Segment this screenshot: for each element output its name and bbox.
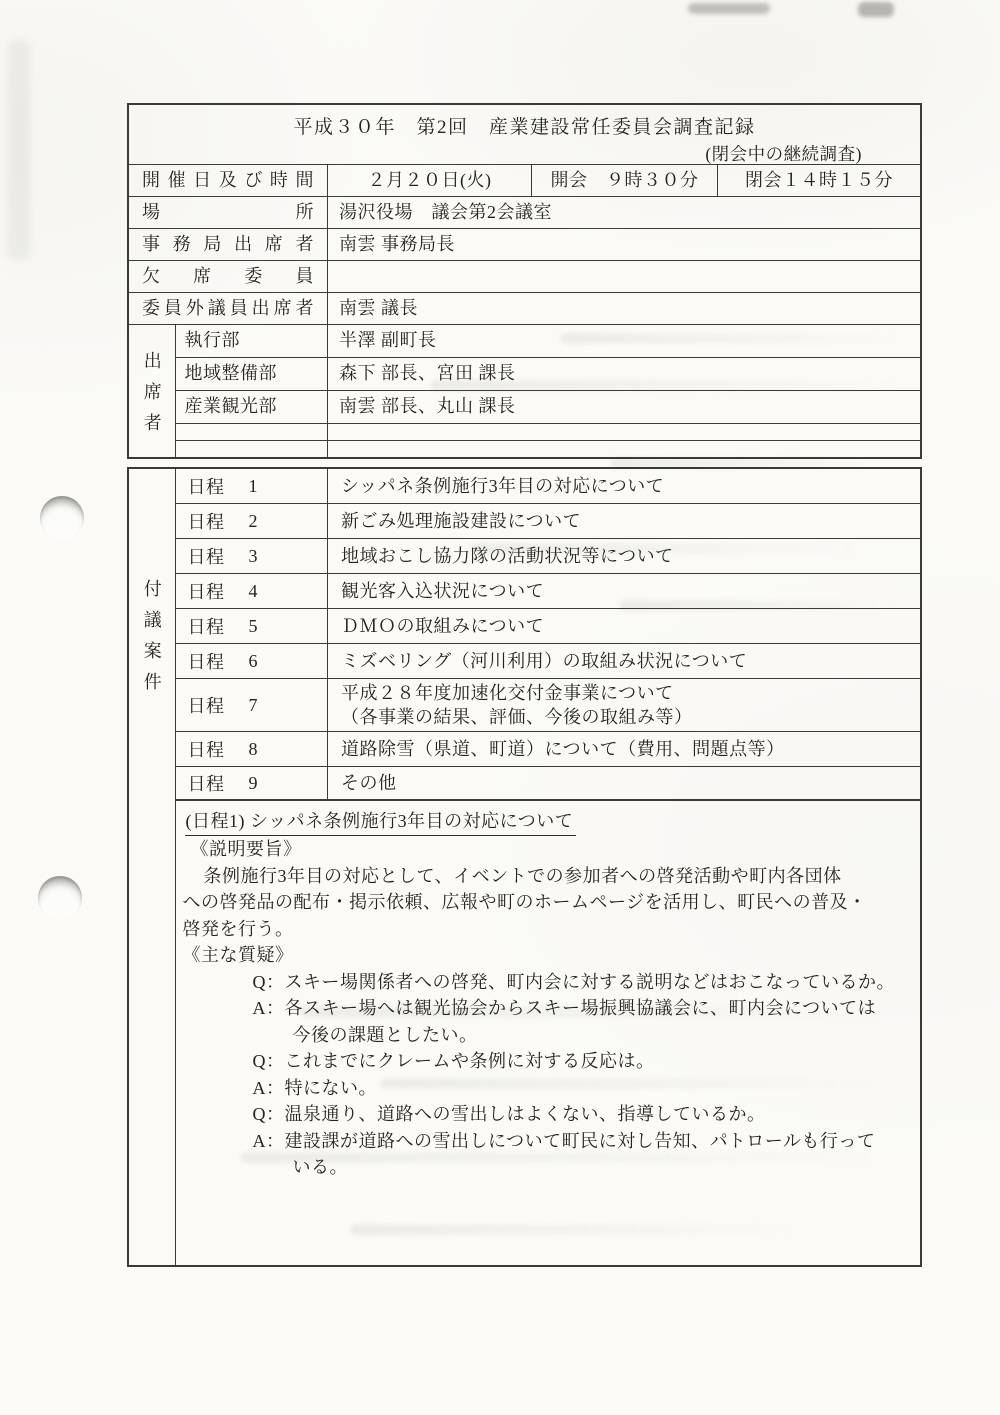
agenda-item-text: 観光客入込状況について: [341, 579, 920, 603]
agenda-row: 日程7 平成２８年度加速化交付金事業について （各事業の結果、評価、今後の取組み…: [176, 679, 921, 732]
title-row: 平成３０年 第2回 産業建設常任委員会調査記録 (閉会中の継続調査): [129, 105, 920, 165]
attendee-row: 産業観光部 南雲 部長、丸山 課長: [176, 391, 921, 424]
agenda-item-1-detail: (日程1) シッパネ条例施行3年目の対応について 《説明要旨》 条例施行3年目の…: [176, 799, 921, 1263]
agenda-item-text: シッパネ条例施行3年目の対応について: [341, 474, 920, 498]
agenda-item-text: その他: [341, 771, 920, 795]
attendee-group: [176, 424, 329, 440]
agenda-and-detail-block: 付議案件 日程1 シッパネ条例施行3年目の対応について 日程2 新ごみ処理施設建…: [127, 467, 922, 1267]
scan-smudge: [688, 3, 770, 14]
summary-text-line: への啓発品の配布・掲示依頼、広報や町のホームページを活用し、町民への普及・: [183, 889, 913, 916]
row-absent-members: 欠席委員: [129, 261, 920, 293]
qa-line: Q：スキー場関係者への啓発、町内会に対する説明などはおこなっているか。: [183, 969, 913, 996]
attendee-names: 半澤 副町長: [328, 325, 920, 357]
agenda-item-text: 平成２８年度加速化交付金事業について: [341, 681, 920, 705]
agenda-item-text: 道路除雪（県道、町道）について（費用、問題点等）: [341, 737, 920, 761]
row-outside-members: 委員外議員出席者 南雲 議長: [129, 293, 920, 325]
attendee-group: 執行部: [176, 325, 329, 357]
agenda-row: 日程9 その他: [176, 767, 921, 799]
agenda-item-text-line2: （各事業の結果、評価、今後の取組み等）: [341, 705, 920, 729]
agenda-item-word: 日程: [188, 508, 225, 534]
agenda-item-number: 8: [249, 739, 259, 760]
meeting-record-table: 平成３０年 第2回 産業建設常任委員会調査記録 (閉会中の継続調査) 開催日及び…: [127, 103, 922, 1267]
qa-line-continuation: いる。: [183, 1154, 913, 1181]
meeting-open-time: 開会 ９時３０分: [532, 165, 718, 196]
place-value: 湯沢役場 議会第2会議室: [328, 197, 920, 228]
meeting-close-time: 閉会１４時１５分: [718, 165, 920, 196]
agenda-item-text: ミズベリング（河川利用）の取組み状況について: [341, 649, 920, 673]
attendee-names: [328, 441, 920, 457]
summary-text-line: 条例施行3年目の対応として、イベントでの参加者への啓発活動や町内各団体: [183, 863, 913, 890]
attendee-group: [176, 441, 329, 457]
attendee-row: 地域整備部 森下 部長、宮田 課長: [176, 358, 921, 391]
agenda-row: 日程8 道路除雪（県道、町道）について（費用、問題点等）: [176, 732, 921, 767]
summary-text-line: 啓発を行う。: [183, 916, 913, 943]
outside-members-value: 南雲 議長: [328, 293, 920, 324]
qa-line: A：各スキー場へは観光協会からスキー場振興協議会に、町内会については: [183, 995, 913, 1022]
datetime-label: 開催日及び時間: [129, 165, 328, 196]
agenda-item-word: 日程: [188, 473, 225, 499]
agenda-item-word: 日程: [188, 736, 225, 762]
agenda-item-number: 1: [249, 476, 259, 497]
agenda-item-word: 日程: [188, 613, 225, 639]
secretariat-value: 南雲 事務局長: [328, 229, 920, 260]
row-secretariat: 事務局出席者 南雲 事務局長: [129, 229, 920, 261]
attendee-names: [328, 424, 920, 440]
row-place: 場所 湯沢役場 議会第2会議室: [129, 197, 920, 229]
document-title: 平成３０年 第2回 産業建設常任委員会調査記録: [129, 112, 920, 139]
qa-line-continuation: 今後の課題としたい。: [183, 1022, 913, 1049]
agenda-side-label: 付議案件: [143, 566, 161, 703]
agenda-item-number: 7: [249, 695, 259, 716]
scan-smudge: [858, 2, 894, 17]
attendees-side-column: 出席者: [129, 325, 176, 457]
qa-line: A：建設課が道路への雪出しについて町民に対し告知、パトロールも行って: [183, 1128, 913, 1155]
agenda-rows: 日程1 シッパネ条例施行3年目の対応について 日程2 新ごみ処理施設建設について…: [176, 469, 921, 799]
summary-label: 《説明要旨》: [183, 836, 913, 863]
qa-label: 《主な質疑》: [183, 942, 913, 969]
detail-side-column: [129, 799, 176, 1265]
document-subtitle: (閉会中の継続調査): [129, 141, 920, 166]
agenda-row: 日程3 地域おこし協力隊の活動状況等について: [176, 539, 921, 574]
outside-members-label: 委員外議員出席者: [129, 293, 328, 324]
qa-line: A：特にない。: [183, 1075, 913, 1102]
agenda-item-number: 2: [249, 511, 259, 532]
agenda-item-word: 日程: [188, 770, 225, 796]
agenda-item-text: ＤＭＯの取組みについて: [341, 614, 920, 638]
agenda-row: 日程5 ＤＭＯの取組みについて: [176, 609, 921, 644]
agenda-item-number: 9: [249, 773, 259, 794]
header-block: 平成３０年 第2回 産業建設常任委員会調査記録 (閉会中の継続調査) 開催日及び…: [127, 103, 922, 459]
agenda-item-number: 4: [249, 581, 259, 602]
attendees-section: 出席者 執行部 半澤 副町長 地域整備部 森下 部長、宮田 課長 産業観光部 南…: [129, 325, 920, 457]
scan-smudge: [8, 40, 30, 260]
hole-punch-top: [40, 496, 84, 540]
agenda-item-word: 日程: [188, 692, 225, 718]
detail-heading: (日程1) シッパネ条例施行3年目の対応について: [185, 808, 577, 836]
attendees-side-label: 出席者: [143, 338, 161, 444]
attendee-group: 地域整備部: [176, 358, 329, 390]
attendee-row: 執行部 半澤 副町長: [176, 325, 921, 358]
agenda-item-number: 3: [249, 546, 259, 567]
agenda-item-text: 新ごみ処理施設建設について: [341, 509, 920, 533]
attendee-row-empty: [176, 424, 921, 441]
qa-line: Q：これまでにクレームや条例に対する反応は。: [183, 1048, 913, 1075]
agenda-row: 日程1 シッパネ条例施行3年目の対応について: [176, 469, 921, 504]
attendee-group: 産業観光部: [176, 391, 329, 423]
absent-members-value: [328, 261, 920, 292]
agenda-item-word: 日程: [188, 543, 225, 569]
agenda-item-word: 日程: [188, 578, 225, 604]
secretariat-label: 事務局出席者: [129, 229, 328, 260]
agenda-row: 日程4 観光客入込状況について: [176, 574, 921, 609]
attendee-row-empty: [176, 441, 921, 457]
datetime-cells: ２月２０日(火) 開会 ９時３０分 閉会１４時１５分: [328, 165, 920, 196]
attendee-names: 南雲 部長、丸山 課長: [328, 391, 920, 423]
agenda-item-number: 5: [249, 616, 259, 637]
agenda-side-column: 付議案件: [129, 469, 176, 799]
agenda-item-word: 日程: [188, 648, 225, 674]
attendee-names: 森下 部長、宮田 課長: [328, 358, 920, 390]
qa-line: Q：温泉通り、道路への雪出しはよくない、指導しているか。: [183, 1101, 913, 1128]
agenda-row: 日程6 ミズベリング（河川利用）の取組み状況について: [176, 644, 921, 679]
agenda-item-number: 6: [249, 651, 259, 672]
hole-punch-bottom: [38, 876, 82, 920]
agenda-row: 日程2 新ごみ処理施設建設について: [176, 504, 921, 539]
scanned-document-page: 平成３０年 第2回 産業建設常任委員会調査記録 (閉会中の継続調査) 開催日及び…: [0, 0, 1000, 1415]
row-datetime: 開催日及び時間 ２月２０日(火) 開会 ９時３０分 閉会１４時１５分: [129, 165, 920, 197]
agenda-item-text: 地域おこし協力隊の活動状況等について: [341, 544, 920, 568]
absent-members-label: 欠席委員: [129, 261, 328, 292]
place-label: 場所: [129, 197, 328, 228]
meeting-date: ２月２０日(火): [328, 165, 532, 196]
